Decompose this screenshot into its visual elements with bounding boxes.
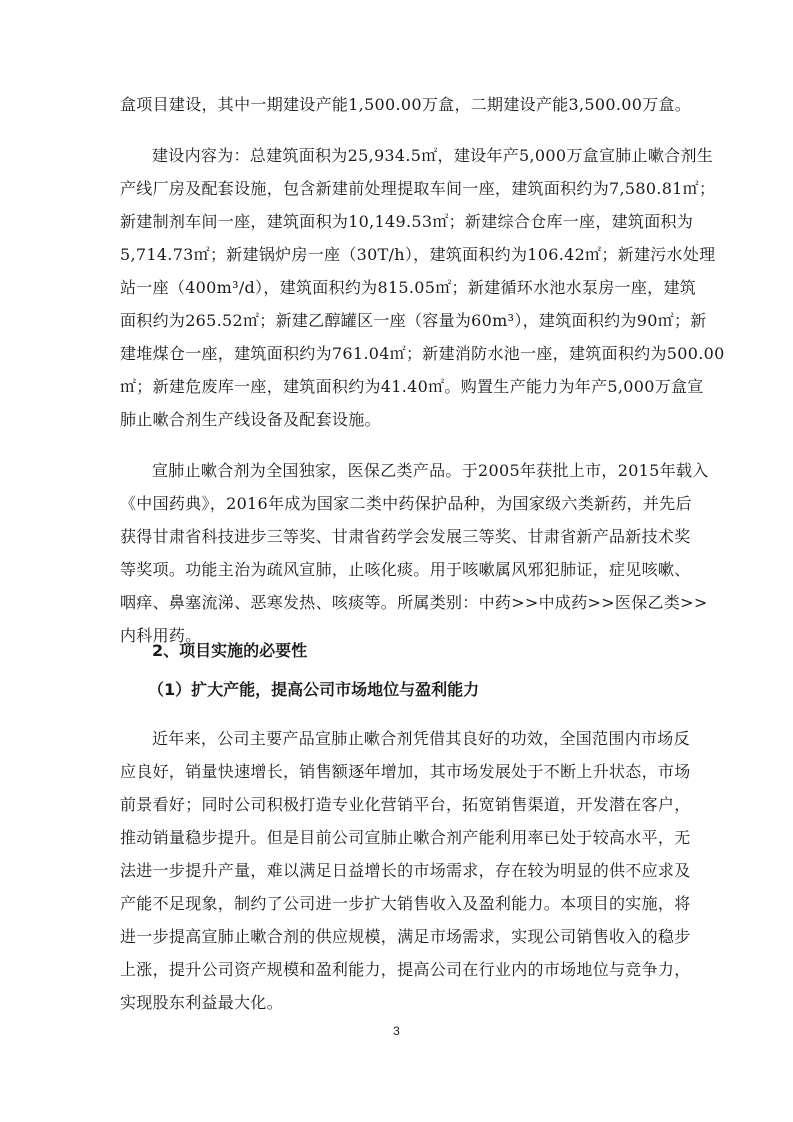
subsection-heading: （1）扩大产能，提高公司市场地位与盈利能力 <box>148 680 479 700</box>
paragraph-line: 建堆煤仓一座，建筑面积约为761.04㎡；新建消防水池一座，建筑面积约为500.… <box>120 344 685 364</box>
section-heading: 2、项目实施的必要性 <box>152 641 307 661</box>
paragraph-line: 盒项目建设，其中一期建设产能1,500.00万盒，二期建设产能3,500.00万… <box>120 95 685 115</box>
paragraph-line: 近年来，公司主要产品宣肺止嗽合剂凭借其良好的功效，全国范围内市场反 <box>152 729 685 749</box>
document-page: 盒项目建设，其中一期建设产能1,500.00万盒，二期建设产能3,500.00万… <box>0 0 793 1122</box>
paragraph-line: 获得甘肃省科技进步三等奖、甘肃省药学会发展三等奖、甘肃省新产品新技术奖 <box>120 527 685 547</box>
paragraph-line: 进一步提高宣肺止嗽合剂的供应规模，满足市场需求，实现公司销售收入的稳步 <box>120 927 685 947</box>
paragraph-line: ㎡；新建危废库一座，建筑面积约为41.40㎡。购置生产能力为年产5,000万盒宣 <box>120 377 685 397</box>
paragraph-line: 产能不足现象，制约了公司进一步扩大销售收入及盈利能力。本项目的实施，将 <box>120 894 685 914</box>
paragraph-line: 法进一步提升产量，难以满足日益增长的市场需求，存在较为明显的供不应求及 <box>120 861 685 881</box>
page-number: 3 <box>0 1024 793 1038</box>
paragraph-line: 面积约为265.52㎡；新建乙醇罐区一座（容量为60m³），建筑面积约为90㎡；… <box>120 311 685 331</box>
paragraph-line: 推动销量稳步提升。但是目前公司宣肺止嗽合剂产能利用率已处于较高水平，无 <box>120 828 685 848</box>
paragraph-line: 应良好，销量快速增长，销售额逐年增加，其市场发展处于不断上升状态，市场 <box>120 762 685 782</box>
paragraph-line: 《中国药典》，2016年成为国家二类中药保护品种，为国家级六类新药，并先后 <box>120 494 685 514</box>
paragraph-line: 产线厂房及配套设施，包含新建前处理提取车间一座，建筑面积约为7,580.81㎡； <box>120 179 685 199</box>
paragraph-line: 肺止嗽合剂生产线设备及配套设施。 <box>120 410 685 430</box>
paragraph-line: 站一座（400m³/d），建筑面积约为815.05㎡；新建循环水池水泵房一座，建… <box>120 278 685 298</box>
paragraph-line: 宣肺止嗽合剂为全国独家，医保乙类产品。于2005年获批上市，2015年载入 <box>152 461 685 481</box>
paragraph-line: 前景看好；同时公司积极打造专业化营销平台，拓宽销售渠道，开发潜在客户， <box>120 795 685 815</box>
paragraph-line: 等奖项。功能主治为疏风宣肺，止咳化痰。用于咳嗽属风邪犯肺证，症见咳嗽、 <box>120 560 685 580</box>
paragraph-line: 实现股东利益最大化。 <box>120 993 685 1013</box>
paragraph-line: 咽痒、鼻塞流涕、恶寒发热、咳痰等。所属类别：中药>>中成药>>医保乙类>> <box>120 593 685 613</box>
paragraph-line: 上涨，提升公司资产规模和盈利能力，提高公司在行业内的市场地位与竞争力， <box>120 960 685 980</box>
paragraph-line: 建设内容为：总建筑面积为25,934.5㎡，建设年产5,000万盒宣肺止嗽合剂生 <box>152 146 685 166</box>
paragraph-line: 新建制剂车间一座，建筑面积为10,149.53㎡；新建综合仓库一座，建筑面积为 <box>120 212 685 232</box>
paragraph-line: 5,714.73㎡；新建锅炉房一座（30T/h），建筑面积约为106.42㎡；新… <box>120 245 685 265</box>
